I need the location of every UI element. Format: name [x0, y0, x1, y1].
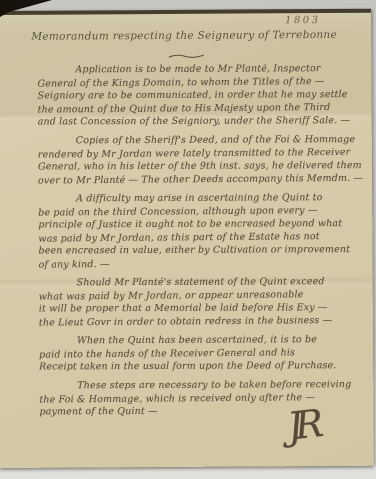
title-underline-flourish	[167, 45, 205, 64]
paragraph: Application is to be made to Mr Planté, …	[37, 62, 367, 129]
paragraph: When the Quint has been ascertained, it …	[39, 333, 369, 374]
photo-background: 1803 Memorandum respecting the Seigneury…	[0, 0, 376, 479]
manuscript-line: of any kind. —	[38, 256, 368, 272]
manuscript-line: payment of the Quint —	[39, 404, 369, 418]
paragraph: Should Mr Planté's statement of the Quin…	[39, 275, 369, 329]
document-title: Memorandum respecting the Seigneury of T…	[0, 29, 371, 43]
manuscript-line: the Lieut Govr in order to obtain redres…	[39, 314, 369, 330]
paragraph: These steps are necessary to be taken be…	[39, 378, 369, 419]
manuscript-body: Application is to be made to Mr Planté, …	[37, 62, 369, 425]
signature-monogram: JR	[285, 402, 318, 449]
manuscript-line: Receipt taken in the usual form upon the…	[39, 359, 369, 373]
manuscript-line: over to Mr Planté — The other Deeds acco…	[38, 172, 368, 188]
manuscript-line: and last Concession of the Seigniory, un…	[38, 114, 368, 128]
year-annotation: 1803	[285, 15, 321, 26]
manuscript-page: 1803 Memorandum respecting the Seigneury…	[0, 9, 374, 468]
paragraph: Copies of the Sheriff's Deed, and of the…	[38, 133, 368, 187]
paragraph: A difficulty may arise in ascertaining t…	[38, 191, 368, 271]
